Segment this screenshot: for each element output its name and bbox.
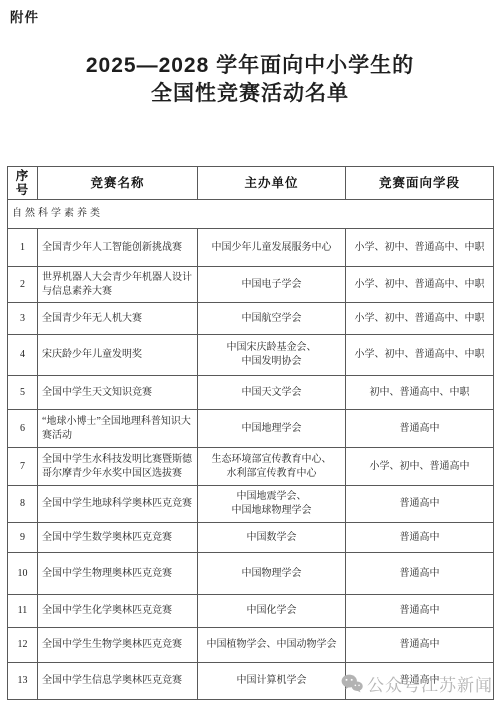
table-row: 13 全国中学生信息学奥林匹克竞赛 中国计算机学会 普通高中 — [8, 663, 494, 700]
stage-cell: 普通高中 — [346, 595, 494, 628]
stage-cell: 小学、初中、普通高中、中职 — [346, 303, 494, 335]
row-number-cell: 5 — [8, 376, 38, 410]
row-number-cell: 12 — [8, 628, 38, 663]
table-row: 7 全国中学生水科技发明比赛暨斯德哥尔摩青少年水奖中国区选拔赛 生态环境部宣传教… — [8, 448, 494, 486]
row-number-cell: 1 — [8, 229, 38, 267]
page-title-line1: 2025—2028 学年面向中小学生的 — [0, 52, 500, 80]
table-row: 6 “地球小博士”全国地理科普知识大赛活动 中国地理学会 普通高中 — [8, 410, 494, 448]
stage-cell: 小学、初中、普通高中、中职 — [346, 229, 494, 267]
table-row: 5 全国中学生天文知识竞赛 中国天文学会 初中、普通高中、中职 — [8, 376, 494, 410]
table-row: 2 世界机器人大会青少年机器人设计与信息素养大赛 中国电子学会 小学、初中、普通… — [8, 267, 494, 303]
competition-name-cell: 全国中学生数学奥林匹克竞赛 — [38, 523, 198, 553]
column-header-host: 主办单位 — [198, 167, 346, 200]
table-row: 1 全国青少年人工智能创新挑战赛 中国少年儿童发展服务中心 小学、初中、普通高中… — [8, 229, 494, 267]
competition-name-cell: 全国中学生天文知识竞赛 — [38, 376, 198, 410]
competitions-table: 序号 竞赛名称 主办单位 竞赛面向学段 自然科学素养类 1 全国青少年人工智能创… — [7, 166, 494, 700]
page-title: 2025—2028 学年面向中小学生的 全国性竞赛活动名单 — [0, 52, 500, 108]
table-row: 3 全国青少年无人机大赛 中国航空学会 小学、初中、普通高中、中职 — [8, 303, 494, 335]
table-header-row: 序号 竞赛名称 主办单位 竞赛面向学段 — [8, 167, 494, 200]
competition-name-cell: 全国青少年无人机大赛 — [38, 303, 198, 335]
organizer-cell: 中国宋庆龄基金会、 中国发明协会 — [198, 335, 346, 376]
table-row: 8 全国中学生地球科学奥林匹克竞赛 中国地震学会、 中国地球物理学会 普通高中 — [8, 486, 494, 523]
competition-name-cell: “地球小博士”全国地理科普知识大赛活动 — [38, 410, 198, 448]
table-row: 10 全国中学生物理奥林匹克竞赛 中国物理学会 普通高中 — [8, 553, 494, 595]
column-header-no: 序号 — [8, 167, 38, 200]
organizer-cell: 中国化学会 — [198, 595, 346, 628]
organizer-cell: 中国植物学会、中国动物学会 — [198, 628, 346, 663]
competition-name-cell: 全国中学生水科技发明比赛暨斯德哥尔摩青少年水奖中国区选拔赛 — [38, 448, 198, 486]
row-number-cell: 13 — [8, 663, 38, 700]
table-row: 4 宋庆龄少年儿童发明奖 中国宋庆龄基金会、 中国发明协会 小学、初中、普通高中… — [8, 335, 494, 376]
stage-cell: 普通高中 — [346, 486, 494, 523]
column-header-name: 竞赛名称 — [38, 167, 198, 200]
section-label: 自然科学素养类 — [8, 200, 494, 229]
organizer-cell: 中国地震学会、 中国地球物理学会 — [198, 486, 346, 523]
row-number-cell: 11 — [8, 595, 38, 628]
organizer-cell: 中国数学会 — [198, 523, 346, 553]
page-title-line2: 全国性竞赛活动名单 — [0, 80, 500, 108]
stage-cell: 普通高中 — [346, 628, 494, 663]
stage-cell: 普通高中 — [346, 410, 494, 448]
competition-name-cell: 全国青少年人工智能创新挑战赛 — [38, 229, 198, 267]
competition-name-cell: 全国中学生信息学奥林匹克竞赛 — [38, 663, 198, 700]
stage-cell: 小学、初中、普通高中、中职 — [346, 267, 494, 303]
table-row: 12 全国中学生生物学奥林匹克竞赛 中国植物学会、中国动物学会 普通高中 — [8, 628, 494, 663]
stage-cell: 小学、初中、普通高中、中职 — [346, 335, 494, 376]
competition-name-cell: 全国中学生化学奥林匹克竞赛 — [38, 595, 198, 628]
row-number-cell: 6 — [8, 410, 38, 448]
organizer-cell: 中国天文学会 — [198, 376, 346, 410]
organizer-cell: 中国计算机学会 — [198, 663, 346, 700]
organizer-cell: 中国电子学会 — [198, 267, 346, 303]
organizer-cell: 生态环境部宣传教育中心、 水利部宣传教育中心 — [198, 448, 346, 486]
competition-name-cell: 全国中学生地球科学奥林匹克竞赛 — [38, 486, 198, 523]
competition-name-cell: 全国中学生物理奥林匹克竞赛 — [38, 553, 198, 595]
organizer-cell: 中国少年儿童发展服务中心 — [198, 229, 346, 267]
competition-name-cell: 宋庆龄少年儿童发明奖 — [38, 335, 198, 376]
stage-cell: 普通高中 — [346, 553, 494, 595]
stage-cell: 普通高中 — [346, 663, 494, 700]
row-number-cell: 7 — [8, 448, 38, 486]
stage-cell: 初中、普通高中、中职 — [346, 376, 494, 410]
row-number-cell: 4 — [8, 335, 38, 376]
organizer-cell: 中国物理学会 — [198, 553, 346, 595]
row-number-cell: 10 — [8, 553, 38, 595]
attachment-label: 附件 — [10, 6, 39, 26]
row-number-cell: 9 — [8, 523, 38, 553]
column-header-stage: 竞赛面向学段 — [346, 167, 494, 200]
row-number-cell: 8 — [8, 486, 38, 523]
organizer-cell: 中国航空学会 — [198, 303, 346, 335]
row-number-cell: 3 — [8, 303, 38, 335]
organizer-cell: 中国地理学会 — [198, 410, 346, 448]
competition-name-cell: 全国中学生生物学奥林匹克竞赛 — [38, 628, 198, 663]
row-number-cell: 2 — [8, 267, 38, 303]
competition-name-cell: 世界机器人大会青少年机器人设计与信息素养大赛 — [38, 267, 198, 303]
stage-cell: 小学、初中、普通高中 — [346, 448, 494, 486]
table-row: 11 全国中学生化学奥林匹克竞赛 中国化学会 普通高中 — [8, 595, 494, 628]
table-row: 9 全国中学生数学奥林匹克竞赛 中国数学会 普通高中 — [8, 523, 494, 553]
section-row: 自然科学素养类 — [8, 200, 494, 229]
stage-cell: 普通高中 — [346, 523, 494, 553]
